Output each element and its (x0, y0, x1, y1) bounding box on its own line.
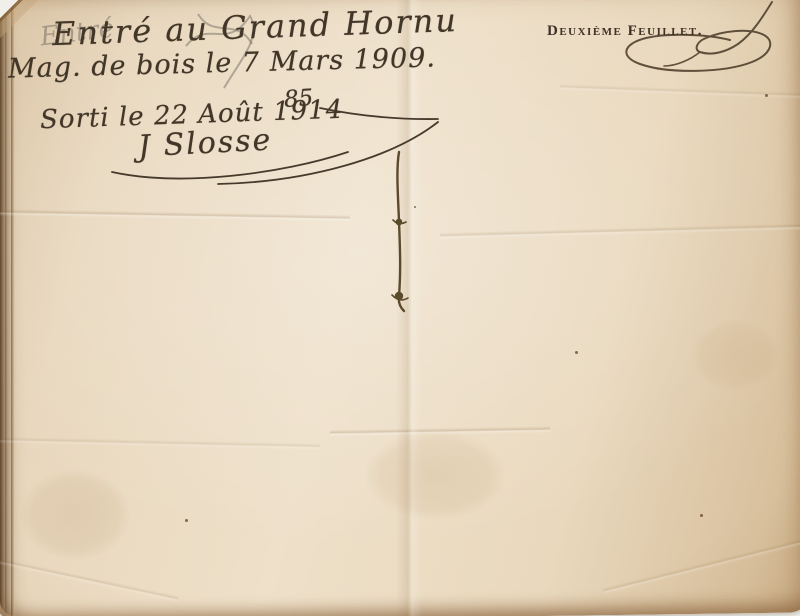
ink-speck (700, 514, 703, 517)
handwritten-signature: J Slosse (137, 123, 273, 165)
handwritten-annotation-85: 85 (283, 85, 314, 113)
ink-speck (575, 351, 578, 354)
printed-header-deuxieme-feuillet: Deuxième Feuillet. (547, 23, 703, 40)
scan-background: Entré Entré au Grand Hornu Mag. de bois … (0, 0, 800, 616)
stain (365, 430, 505, 520)
center-fold-shading (396, 0, 422, 616)
ink-speck (765, 94, 768, 97)
ink-speck (414, 206, 416, 208)
booklet-page-stack-edge (0, 0, 15, 616)
ink-speck (185, 519, 188, 522)
stain (20, 470, 130, 560)
stain (690, 320, 780, 390)
